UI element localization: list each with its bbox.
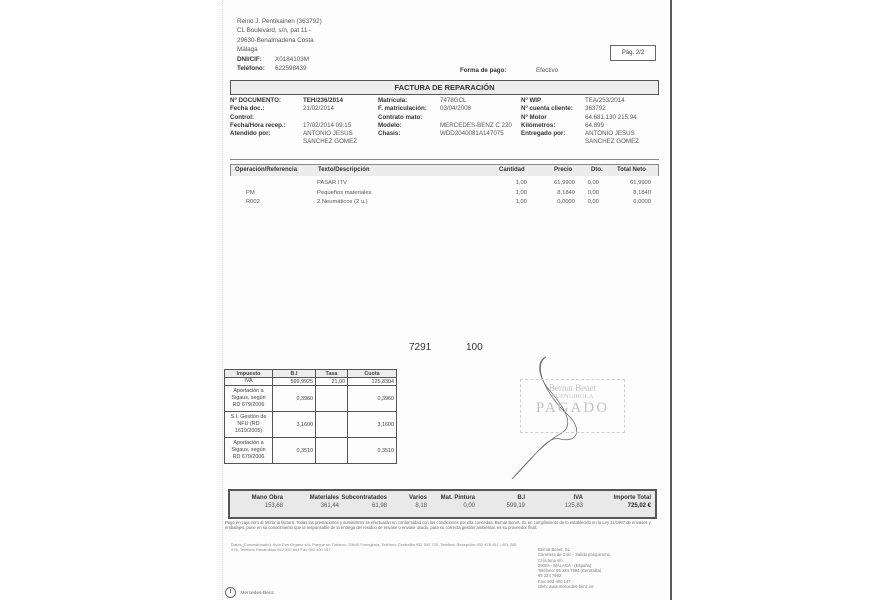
field-label: Nº WIP — [521, 97, 573, 105]
operation-discount: 0,00 — [588, 180, 599, 186]
col-net-total: Total Neto — [617, 167, 646, 173]
operation-price: 0,0000 — [557, 199, 575, 205]
col-quantity: Cantidad — [499, 167, 525, 173]
tax-cell-cuota: 0,3510 — [348, 438, 397, 464]
phone-value: 622598439 — [275, 64, 307, 73]
field-label: Matrícula: — [378, 97, 427, 105]
operation-quantity: 1,00 — [516, 199, 527, 205]
field-label: Chasis: — [378, 130, 427, 138]
field-label: Kilómetros: — [521, 122, 573, 130]
field-label: Fecha/Hora recep.: — [230, 122, 286, 130]
total-labor: Mano Obra153,68 — [252, 495, 283, 509]
tax-cell-cuota: 0,3960 — [348, 386, 397, 412]
operation-discount: 0,00 — [588, 190, 599, 196]
sender-line: CL Boulevard, s/n, pat 11 - — [237, 26, 322, 35]
payment-value: Efectivo — [536, 67, 558, 74]
paid-stamp: Bernat Benet FUENGIROLA PAGADO — [520, 379, 625, 433]
tax-cell-name: S.I. Gestión de NFU (RD 1619/2005) — [225, 412, 273, 438]
dealer-line: Web: www.mercedes-benz.es — [538, 584, 658, 589]
field-label: F. matriculación: — [378, 105, 427, 113]
tax-col-bi: B.I — [273, 370, 316, 378]
payment-method: Forma de pago: Efectivo — [460, 67, 506, 74]
operation-total: 61,9900 — [630, 180, 651, 186]
operation-description: Pequeños materiales — [317, 190, 371, 196]
operation-row: PASAR ITV1,0061,99000,0061,9900 — [230, 180, 657, 189]
tax-row: Aportación a Sigaus, según RD 679/20060,… — [225, 386, 397, 412]
tax-col-amount: Cuota — [348, 370, 397, 378]
field-label: Modelo: — [378, 122, 427, 130]
stamp-line: FUENGIROLA — [521, 393, 624, 400]
tax-table: Impuesto B.I Tasa Cuota IVA599,992521,00… — [224, 369, 397, 464]
dni-label: DNI/CIF: — [237, 55, 275, 64]
dni-value: X0184103M — [275, 55, 309, 64]
header-col2-values: 7478GCL 03/04/2008 MERCEDES-BENZ C 220 W… — [440, 97, 512, 138]
registration-date: 03/04/2008 — [440, 105, 512, 113]
divider — [230, 159, 659, 160]
tax-row: Aportación a Sigaus, según RD 679/20060,… — [225, 438, 397, 464]
field-label: Entregado por: — [521, 130, 573, 138]
attended-by: ANTONIO JESUS SANCHEZ GOMEZ — [303, 130, 363, 147]
operation-total: 8,1840 — [633, 190, 651, 196]
col-price: Precio — [554, 167, 572, 173]
field-label: Control: — [230, 114, 286, 122]
operation-description: 2 Neumáticos (2 u.) — [317, 199, 368, 205]
total-tax-base: B.I599,19 — [507, 495, 525, 509]
sender-line: Málaga — [237, 45, 322, 54]
tax-row: IVA599,992521,00125,8304 — [225, 378, 397, 386]
total-materials: Materiales361,44 — [310, 495, 339, 509]
kilometers: 64.899 — [585, 122, 645, 130]
page-indicator: Pág. 2/2 — [610, 45, 656, 61]
tax-cell-tasa — [316, 438, 348, 464]
tax-cell-tasa — [316, 386, 348, 412]
tax-col-rate: Tasa — [316, 370, 348, 378]
reception-datetime: 17/02/2014 09:15 — [303, 122, 363, 130]
document-date: 21/02/2014 — [303, 105, 363, 113]
total-paint: Mat. Pintura0,00 — [441, 495, 475, 509]
col-operation: Operación/Referencia — [235, 167, 297, 173]
tax-cell-name: Aportación a Sigaus, según RD 679/2006 — [225, 438, 273, 464]
client-account: 363792 — [585, 105, 645, 113]
vehicle-model: MERCEDES-BENZ C 220 — [440, 122, 512, 130]
operation-price: 61,9900 — [554, 180, 575, 186]
sender-line: Reino J. Pentikainen (363792) — [237, 17, 322, 26]
field-label: Atendido por: — [230, 130, 286, 138]
col-discount: Dto. — [591, 167, 603, 173]
contact-info: Datos (Concesionario): Av/a Dos Organo s… — [231, 542, 521, 552]
operation-price: 8,1840 — [557, 190, 575, 196]
tax-cell-name: IVA — [225, 378, 273, 386]
tax-col-name: Impuesto — [225, 370, 273, 378]
document-number: TEH/236/2014 — [303, 97, 363, 105]
delivered-by: ANTONIO JESUS SANCHEZ GOMEZ — [585, 130, 645, 147]
operation-quantity: 1,00 — [516, 180, 527, 186]
operation-discount: 0,00 — [588, 199, 599, 205]
tax-cell-cuota: 3,1600 — [348, 412, 397, 438]
tax-cell-bi: 3,1600 — [273, 412, 316, 438]
operation-ref: R002 — [246, 199, 260, 205]
header-col3-values: TEA/253/2014 363792 64.681.130 215.94 64… — [585, 97, 645, 147]
header-col1-labels: Nº DOCUMENTO: Fecha doc.: Control: Fecha… — [230, 97, 286, 138]
overlay-number: 100 — [466, 342, 483, 353]
contract-value — [440, 114, 512, 122]
operation-row: PMPequeños materiales1,008,18400,008,184… — [230, 190, 657, 199]
field-label: Nº cuenta cliente: — [521, 105, 573, 113]
invoice-page: Reino J. Pentikainen (363792) CL Bouleva… — [222, 0, 672, 600]
stamp-line: PAGADO — [521, 400, 624, 417]
field-label: Contrato mato: — [378, 114, 427, 122]
footer-brand: Mercedes-Benz — [225, 587, 274, 598]
plate-number: 7478GCL — [440, 97, 512, 105]
operations-header: Operación/Referencia Texto/Descripción C… — [230, 164, 659, 176]
chassis-number: WDD2040081A147075 — [440, 130, 512, 138]
operation-quantity: 1,00 — [516, 190, 527, 196]
tax-cell-bi: 0,3960 — [273, 386, 316, 412]
tax-cell-bi: 0,3510 — [273, 438, 316, 464]
tax-cell-tasa: 21,00 — [316, 378, 348, 386]
header-col2-labels: Matrícula: F. matriculación: Contrato ma… — [378, 97, 427, 138]
tax-row: S.I. Gestión de NFU (RD 1619/2005)3,1600… — [225, 412, 397, 438]
brand-name: Mercedes-Benz — [240, 591, 274, 596]
operation-description: PASAR ITV — [317, 180, 347, 186]
grand-total: Importe Total725,02 € — [613, 495, 651, 509]
header-col3-labels: Nº WIP Nº cuenta cliente: Nº Motor Kilóm… — [521, 97, 573, 138]
tax-cell-cuota: 125,8304 — [348, 378, 397, 386]
operation-total: 0,0000 — [633, 199, 651, 205]
total-subcontracted: Subcontratados61,98 — [341, 495, 387, 509]
engine-number: 64.681.130 215.94 — [585, 114, 645, 122]
mercedes-star-icon — [225, 587, 236, 598]
field-label: Fecha doc.: — [230, 105, 286, 113]
col-description: Texto/Descripción — [318, 167, 370, 173]
tax-cell-name: Aportación a Sigaus, según RD 679/2006 — [225, 386, 273, 412]
overlay-number: 7291 — [409, 342, 431, 353]
legal-notice: Pago en caja nero al retirar la factura.… — [225, 520, 665, 531]
totals-box: Mano Obra153,68 Materiales361,44 Subcont… — [228, 489, 657, 519]
control-value — [303, 114, 363, 122]
operation-ref: PM — [246, 190, 255, 196]
operation-row: R0022 Neumáticos (2 u.)1,000,00000,000,0… — [230, 199, 657, 208]
field-label: Nº DOCUMENTO: — [230, 97, 286, 105]
payment-label: Forma de pago: — [460, 67, 506, 74]
tax-cell-tasa — [316, 412, 348, 438]
stamp-line: Bernat Benet — [521, 383, 624, 393]
total-vat: IVA125,83 — [565, 495, 583, 509]
field-label: Nº Motor — [521, 114, 573, 122]
header-col1-values: TEH/236/2014 21/02/2014 17/02/2014 09:15… — [303, 97, 363, 147]
sender-block: Reino J. Pentikainen (363792) CL Bouleva… — [237, 17, 322, 73]
phone-label: Teléfono: — [237, 64, 275, 73]
tax-cell-bi: 599,9925 — [273, 378, 316, 386]
document-title: FACTURA DE REPARACIÓN — [230, 80, 659, 95]
sender-line: 29630-Benalmadena Costa — [237, 36, 322, 45]
wip-number: TEA/253/2014 — [585, 97, 645, 105]
total-misc: Varios8,18 — [409, 495, 427, 509]
dealer-info: Bernat Benet, SLCarretera de Coín - Sali… — [538, 547, 658, 589]
